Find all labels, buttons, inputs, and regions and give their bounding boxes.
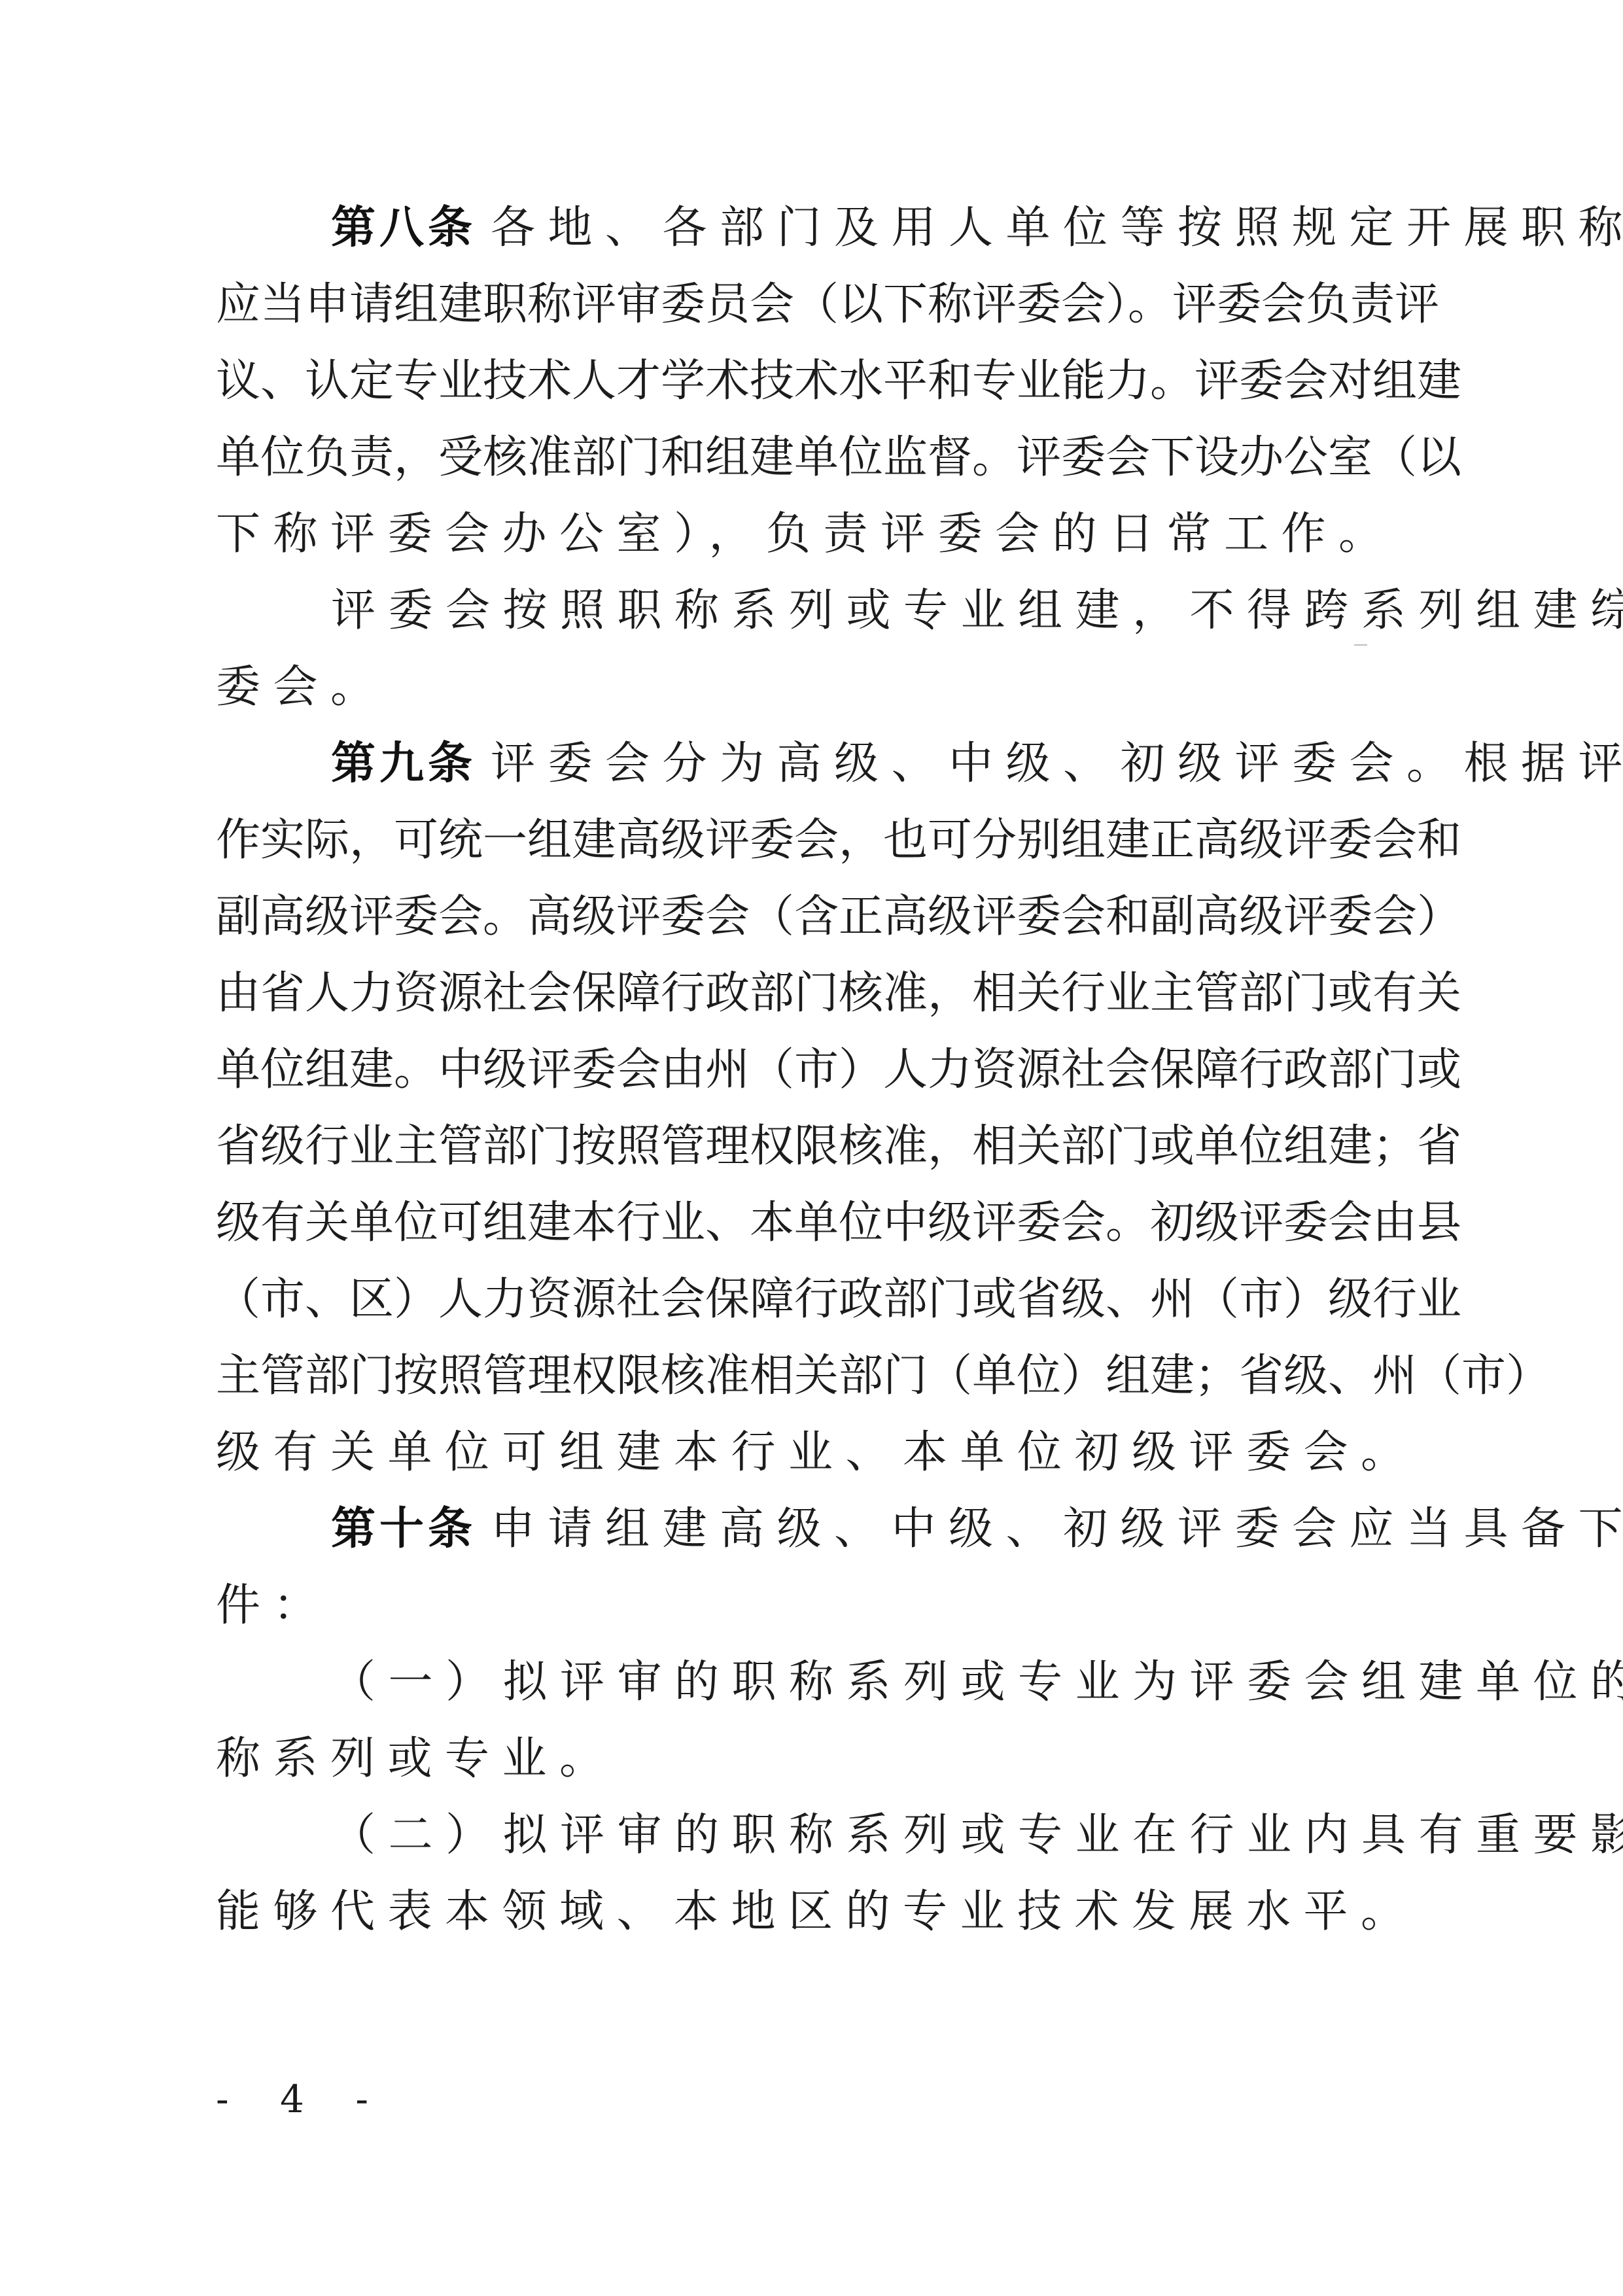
article-10-number: 第十条 bbox=[331, 1503, 476, 1555]
article-9-text: 评委会分为高级、中级、初级评委会。根据评审工 bbox=[491, 738, 1623, 790]
article-9-number: 第九条 bbox=[331, 738, 476, 790]
article-10-text: 申请组建高级、中级、初级评委会应当具备下列条 bbox=[491, 1503, 1623, 1555]
article-8-line-1: 第八条各地、各部门及用人单位等按照规定开展职称评审， bbox=[216, 190, 1423, 266]
condition-2-line-2: 能够代表本领域、本地区的专业技术发展水平。 bbox=[216, 1873, 1423, 1950]
article-8-line-2: 应当申请组建职称评审委员会（以下称评委会）。评委会负责评 bbox=[216, 266, 1423, 343]
article-8-line-4: 单位负责，受核准部门和组建单位监督。评委会下设办公室（以 bbox=[216, 419, 1423, 496]
article-10-line-2: 件： bbox=[216, 1567, 1423, 1644]
article-9-line-10: 级有关单位可组建本行业、本单位初级评委会。 bbox=[216, 1414, 1423, 1491]
article-9-line-7: 级有关单位可组建本行业、本单位中级评委会。初级评委会由县 bbox=[216, 1185, 1423, 1261]
article-8-number: 第八条 bbox=[331, 202, 476, 254]
article-9-line-9: 主管部门按照管理权限核准相关部门（单位）组建；省级、州（市） bbox=[216, 1338, 1423, 1414]
article-8-para-2-line-2: 委会。 bbox=[216, 649, 1423, 725]
document-page: 第八条各地、各部门及用人单位等按照规定开展职称评审， 应当申请组建职称评审委员会… bbox=[0, 0, 1623, 2296]
article-10-line-1: 第十条申请组建高级、中级、初级评委会应当具备下列条 bbox=[216, 1491, 1423, 1567]
article-9-line-1: 第九条评委会分为高级、中级、初级评委会。根据评审工 bbox=[216, 725, 1423, 802]
condition-1-line-1: （一）拟评审的职称系列或专业为评委会组建单位的主体职 bbox=[216, 1644, 1423, 1720]
article-9-line-5: 单位组建。中级评委会由州（市）人力资源社会保障行政部门或 bbox=[216, 1032, 1423, 1108]
article-9-line-2: 作实际，可统一组建高级评委会，也可分别组建正高级评委会和 bbox=[216, 802, 1423, 878]
article-9-line-8: （市、区）人力资源社会保障行政部门或省级、州（市）级行业 bbox=[216, 1261, 1423, 1338]
document-body: 第八条各地、各部门及用人单位等按照规定开展职称评审， 应当申请组建职称评审委员会… bbox=[216, 190, 1423, 1950]
article-8-para-2-line-1: 评委会按照职称系列或专业组建，不得跨系列组建综合性评 bbox=[216, 572, 1423, 649]
condition-2-line-1: （二）拟评审的职称系列或专业在行业内具有重要影响力， bbox=[216, 1797, 1423, 1873]
page-number: - 4 - bbox=[216, 2077, 388, 2121]
article-9-line-4: 由省人力资源社会保障行政部门核准，相关行业主管部门或有关 bbox=[216, 955, 1423, 1032]
article-8-line-5: 下称评委会办公室），负责评委会的日常工作。 bbox=[216, 496, 1423, 572]
article-9-line-3: 副高级评委会。高级评委会（含正高级评委会和副高级评委会） bbox=[216, 878, 1423, 955]
condition-1-line-2: 称系列或专业。 bbox=[216, 1720, 1423, 1797]
article-8-text: 各地、各部门及用人单位等按照规定开展职称评审， bbox=[491, 202, 1623, 254]
article-8-line-3: 议、认定专业技术人才学术技术水平和专业能力。评委会对组建 bbox=[216, 343, 1423, 419]
article-9-line-6: 省级行业主管部门按照管理权限核准，相关部门或单位组建；省 bbox=[216, 1108, 1423, 1185]
scan-speck bbox=[1354, 644, 1367, 646]
